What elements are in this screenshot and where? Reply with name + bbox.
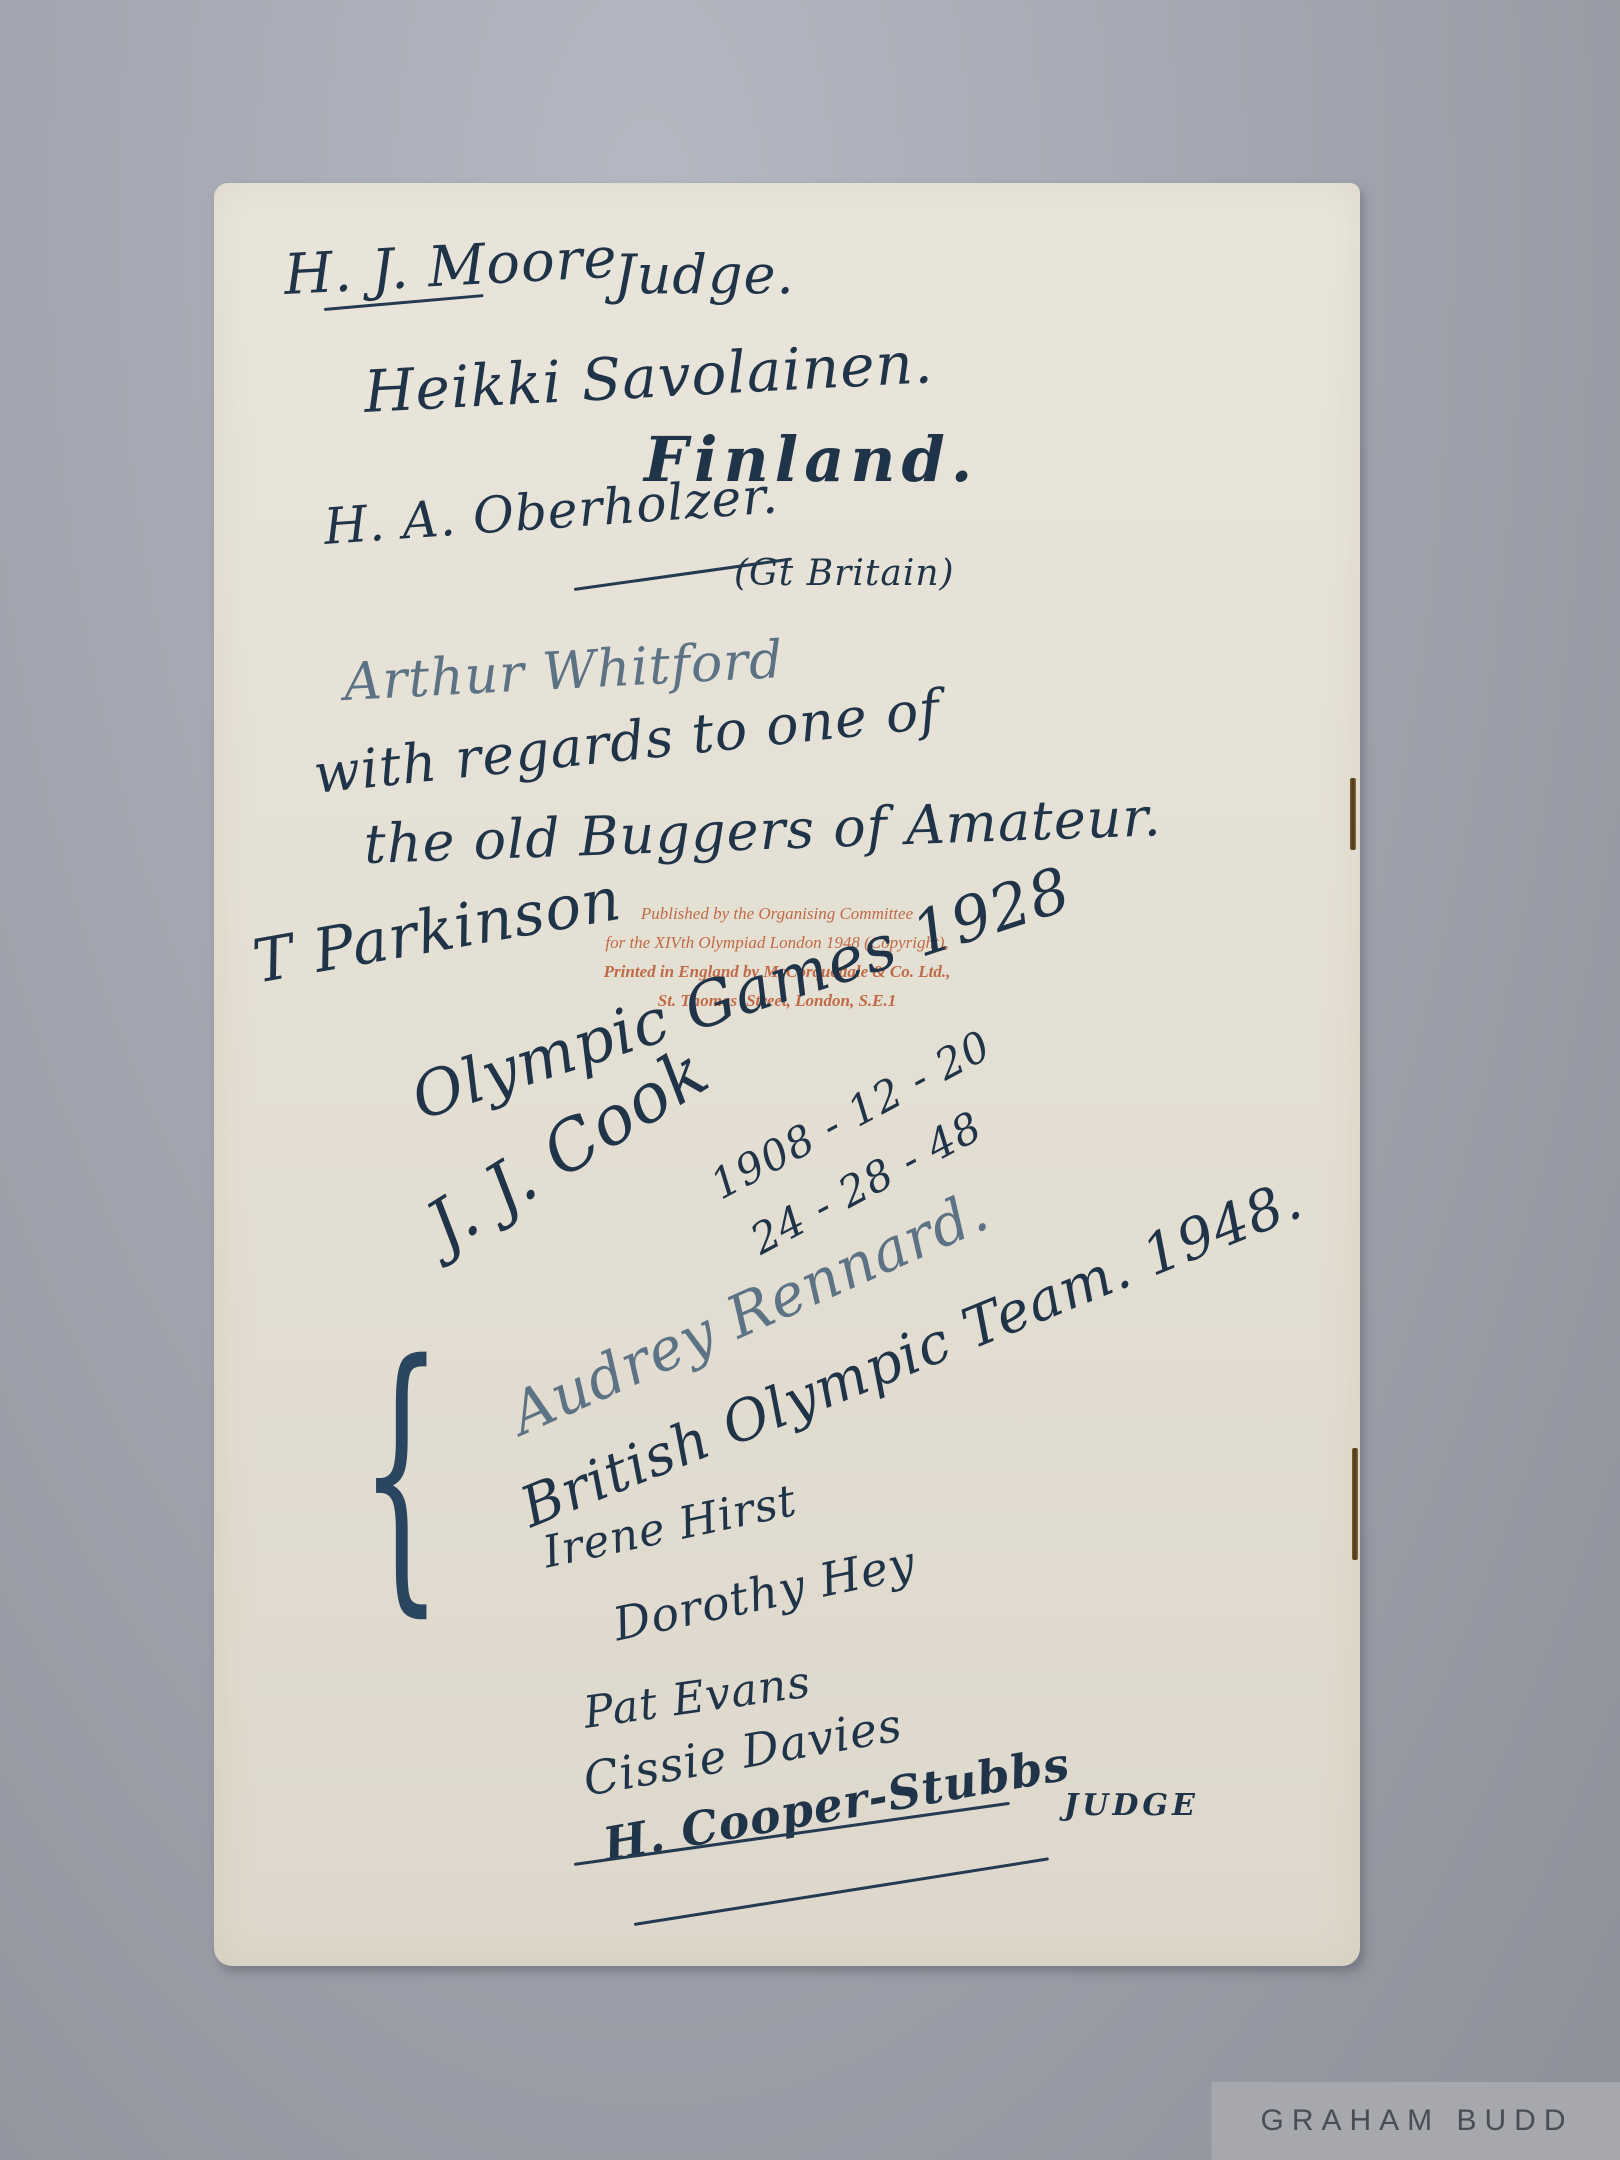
signature-oberholzer-country: (Gt Britain)	[734, 553, 955, 594]
signature-moore: H. J. Moore	[282, 226, 619, 308]
signature-cooper-stubbs-role: JUDGE	[1064, 1788, 1199, 1823]
signature-savolainen: Heikki Savolainen.	[362, 328, 935, 426]
signature-oberholzer: H. A. Oberholzer.	[322, 466, 780, 556]
programme-page: Published by the Organising Committee fo…	[214, 183, 1360, 1966]
cooper-stubbs-underline-2	[634, 1857, 1049, 1926]
signature-moore-role: Judge.	[614, 243, 795, 306]
staple-top	[1350, 778, 1356, 850]
watermark-label: GRAHAM BUDD	[1260, 2104, 1573, 2138]
graham-budd-watermark: GRAHAM BUDD	[1210, 2082, 1620, 2160]
staple-bottom	[1352, 1448, 1358, 1560]
group-brace: {	[360, 1328, 443, 1618]
